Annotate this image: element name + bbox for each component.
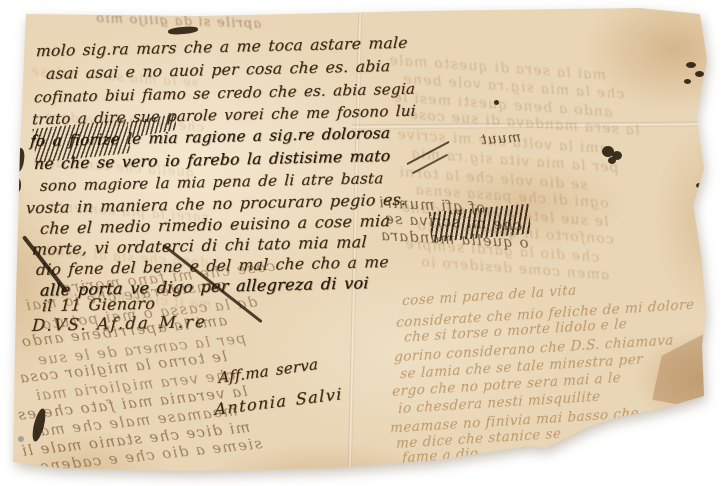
- ink-blot: [12, 147, 25, 172]
- ink-blot: [14, 178, 21, 192]
- handwritten-line: asai asai e no auoi per cosa che es. abi…: [46, 57, 391, 83]
- ink-blot: [684, 79, 691, 84]
- manuscript-letter: aprile si da gilijo mio mai la sera di q…: [0, 0, 725, 486]
- ink-blot: [696, 183, 703, 188]
- ink-blot: [695, 71, 704, 77]
- ink-blot: [686, 62, 696, 68]
- ink-blot: [494, 100, 499, 105]
- photo-canvas: aprile si da gilijo mio mai la sera di q…: [0, 0, 725, 486]
- bleed-through-smudge: muut: [479, 130, 521, 149]
- paper-shadow: aprile si da gilijo mio mai la sera di q…: [0, 0, 725, 486]
- faded-line: fame a dio: [402, 446, 479, 467]
- handwritten-line: molo sig.ra mars che a me toca astare ma…: [36, 34, 409, 60]
- paper-speck: [18, 436, 24, 442]
- ink-blot: [602, 146, 614, 157]
